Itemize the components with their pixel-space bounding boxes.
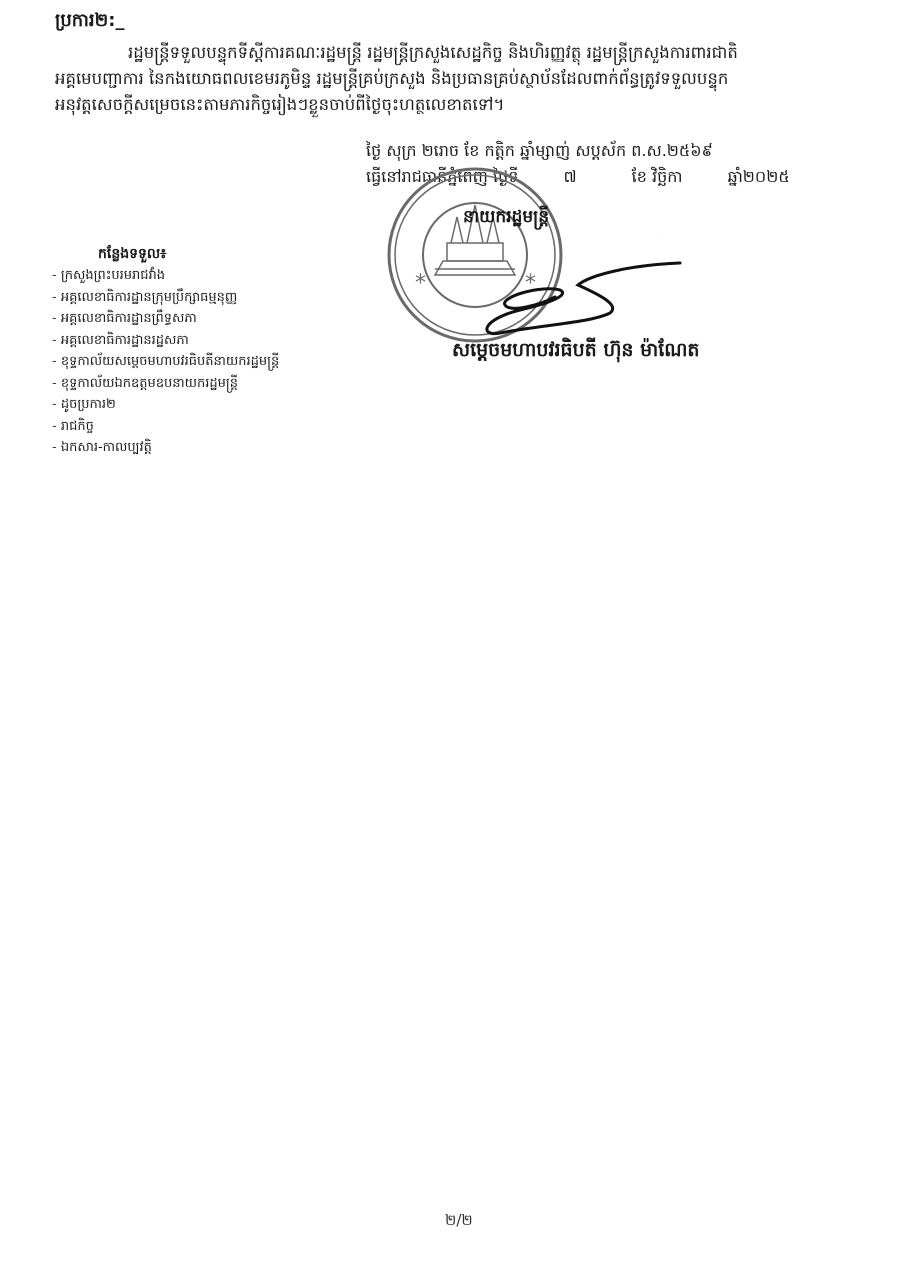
month-label: ខែ វិច្ឆិកា bbox=[632, 166, 683, 190]
day-value: ៧ bbox=[563, 166, 576, 190]
svg-text:*: * bbox=[415, 271, 426, 296]
recipient-item: អគ្គលេខាធិការដ្ឋានព្រឹទ្ធសភា bbox=[52, 308, 279, 330]
signer-name: សម្តេចមហាបវរធិបតី ហ៊ុន ម៉ាណែត bbox=[452, 338, 699, 366]
recipient-item: ឯកសារ-កាលប្បវត្តិ bbox=[52, 437, 279, 459]
recipients-title: កន្លែងទទួល៖ bbox=[98, 244, 166, 265]
article-body-line-1: រដ្ឋមន្ត្រីទទួលបន្ទុកទីស្តីការគណៈរដ្ឋមន្… bbox=[128, 40, 738, 66]
article-body-line-2: អគ្គមេបញ្ជាការ នៃកងយោធពលខេមរភូមិន្ទ រដ្ឋ… bbox=[55, 66, 728, 92]
recipient-item: អគ្គលេខាធិការដ្ឋានរដ្ឋសភា bbox=[52, 330, 279, 352]
recipient-item: ខុទ្ទកាល័យសម្តេចមហាបវរធិបតីនាយករដ្ឋមន្ត្… bbox=[52, 351, 279, 373]
recipient-item: ក្រសួងព្រះបរមរាជវាំង bbox=[52, 265, 279, 287]
year-label: ឆ្នាំ២០២៥ bbox=[728, 166, 790, 190]
recipient-item: រាជកិច្ច bbox=[52, 416, 279, 438]
recipient-item: ដូចប្រការ២ bbox=[52, 394, 279, 416]
article-body-line-3: អនុវត្តសេចក្តីសម្រេចនេះតាមភារកិច្ចរៀងៗខ្… bbox=[55, 92, 504, 118]
article-title: ប្រការ២:_ bbox=[55, 8, 124, 35]
handwritten-signature-icon bbox=[480, 235, 690, 355]
recipient-item: អគ្គលេខាធិការដ្ឋានក្រុមប្រឹក្សាធម្មនុញ្ញ bbox=[52, 287, 279, 309]
recipient-item: ខុទ្ទកាល័យឯកឧត្តមឧបនាយករដ្ឋមន្ត្រី bbox=[52, 373, 279, 395]
page-number: ២/២ bbox=[445, 1211, 473, 1233]
recipients-list: ក្រសួងព្រះបរមរាជវាំង អគ្គលេខាធិការដ្ឋានក… bbox=[52, 265, 279, 459]
signatory-role: នាយករដ្ឋមន្ត្រី bbox=[463, 206, 549, 231]
lunar-date-line: ថ្ងៃ សុក្រ ២រោច ខែ កត្តិក ឆ្នាំម្សាញ់ សប… bbox=[366, 140, 713, 164]
